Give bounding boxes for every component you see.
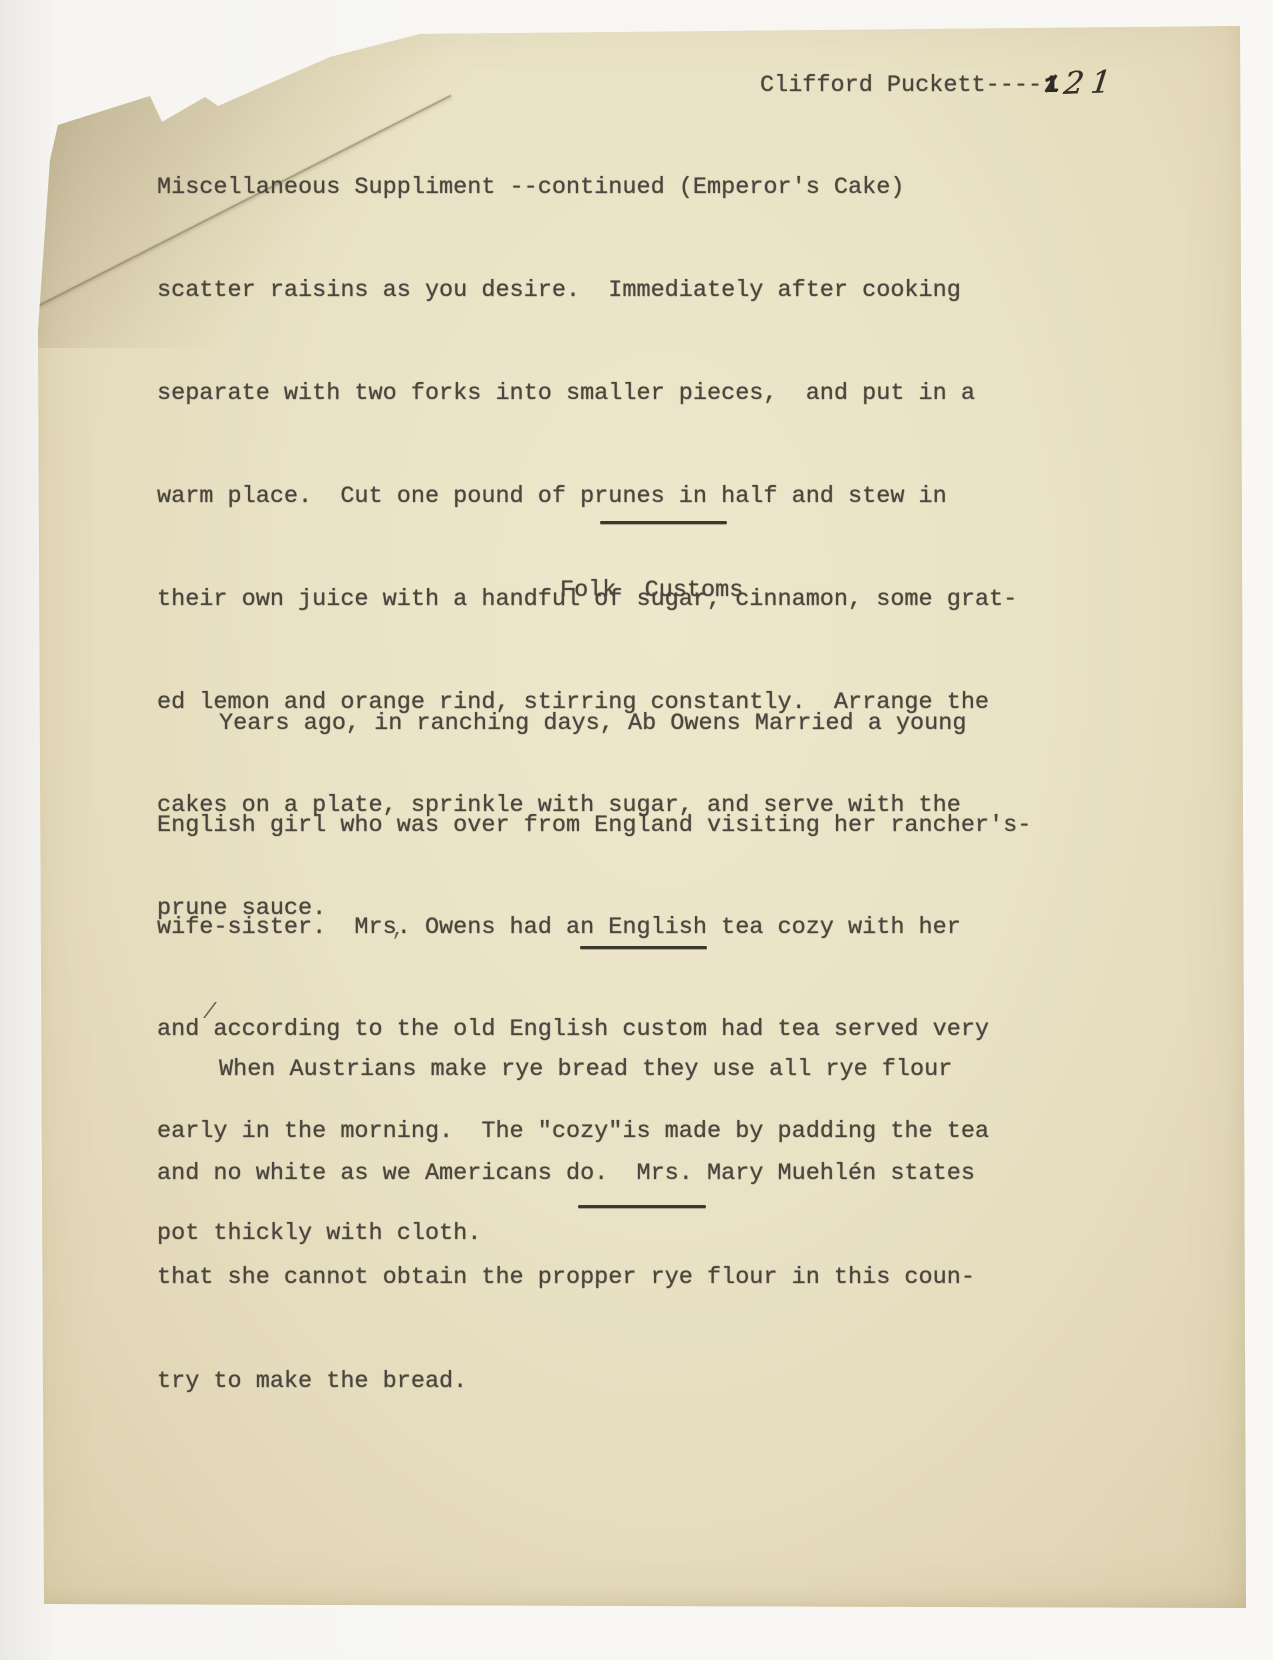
text-line: Years ago, in ranching days, Ab Owens Ma…	[157, 700, 1031, 748]
folk-customs-paragraph-2: When Austrians make rye bread they use a…	[157, 991, 975, 1461]
text-line: and no white as we Americans do. Mrs. Ma…	[157, 1149, 975, 1199]
author-name: Clifford Puckett----	[760, 71, 1042, 101]
struck-page-digit: 1	[1044, 71, 1058, 101]
handwritten-page-number: 21	[1062, 67, 1119, 99]
section-title: Folk Customs	[560, 576, 743, 606]
text-line: English girl who was over from England v…	[157, 802, 1031, 850]
text-line: try to make the bread.	[157, 1357, 975, 1407]
text-line: warm place. Cut one pound of prunes in h…	[157, 472, 1017, 521]
text-line: separate with two forks into smaller pie…	[157, 369, 1017, 418]
text-line: Miscellaneous Suppliment --continued (Em…	[157, 163, 1017, 212]
text-line: that she cannot obtain the propper rye f…	[157, 1253, 975, 1303]
paper-sheet: Clifford Puckett---- 1 21 Miscellaneous …	[30, 8, 1248, 1614]
text-line: scatter raisins as you desire. Immediate…	[157, 266, 1017, 315]
section-divider	[580, 946, 707, 949]
stray-mark: /	[203, 1000, 216, 1025]
document-header: Clifford Puckett---- 1 21	[760, 66, 1118, 101]
stray-mark: ’	[390, 930, 403, 955]
section-divider	[600, 521, 727, 524]
text-line: wife-sister. Mrs. Owens had an English t…	[157, 904, 1031, 952]
section-divider	[578, 1205, 706, 1208]
text-line: When Austrians make rye bread they use a…	[157, 1045, 975, 1095]
